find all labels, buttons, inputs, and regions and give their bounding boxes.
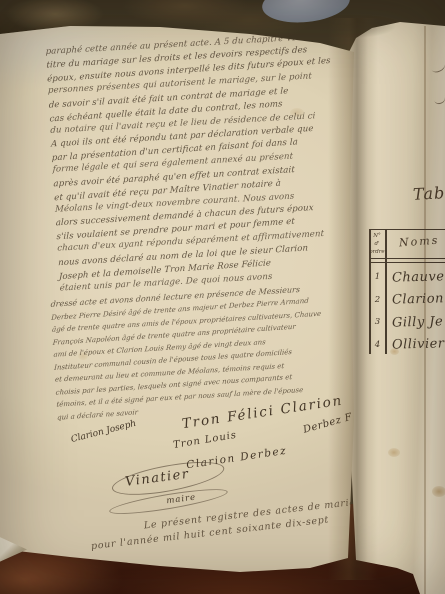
signature: Vinatier — [124, 467, 190, 490]
table-row: 1Chauve — [370, 266, 445, 289]
signature: Clarion Joseph — [70, 419, 137, 445]
table-row: 3Gilly Je — [370, 311, 445, 334]
row-number: 1 — [370, 272, 385, 282]
ordre-header-line: ordre — [369, 248, 385, 256]
index-table-title: Tab — [413, 183, 445, 204]
row-name: Clarion — [392, 292, 444, 308]
paper-stain — [432, 486, 445, 497]
noms-column-header: Noms — [399, 234, 440, 250]
ordre-column-header: N°d'ordre — [369, 232, 385, 256]
table-row: 4Ollivier — [370, 334, 445, 357]
paper-stain — [388, 448, 400, 457]
photo-open-register-book: Tab N°d'ordre Noms 1Chauve2Clarion3Gilly… — [0, 0, 445, 594]
row-number: 4 — [370, 340, 385, 350]
index-table-rows: 1Chauve2Clarion3Gilly Je4Ollivier — [370, 266, 445, 356]
signature: Tron Louis — [172, 430, 237, 451]
ordre-header-line: d' — [369, 240, 385, 248]
ordre-header-line: N° — [369, 232, 385, 240]
row-number: 2 — [370, 295, 385, 305]
manuscript-text-block: paraphé cette année au présent acte. A 5… — [0, 0, 401, 594]
row-number: 3 — [370, 317, 385, 327]
row-name: Chauve — [392, 269, 445, 285]
table-border-line — [369, 262, 445, 263]
table-border-line — [369, 258, 445, 259]
signature: maire — [166, 493, 197, 507]
table-border-line — [369, 229, 445, 230]
partial-ink-stroke — [430, 60, 445, 75]
row-name: Ollivier — [392, 337, 445, 353]
partial-ink-stroke — [433, 93, 445, 106]
table-row: 2Clarion — [370, 289, 445, 312]
row-name: Gilly Je — [392, 314, 444, 330]
